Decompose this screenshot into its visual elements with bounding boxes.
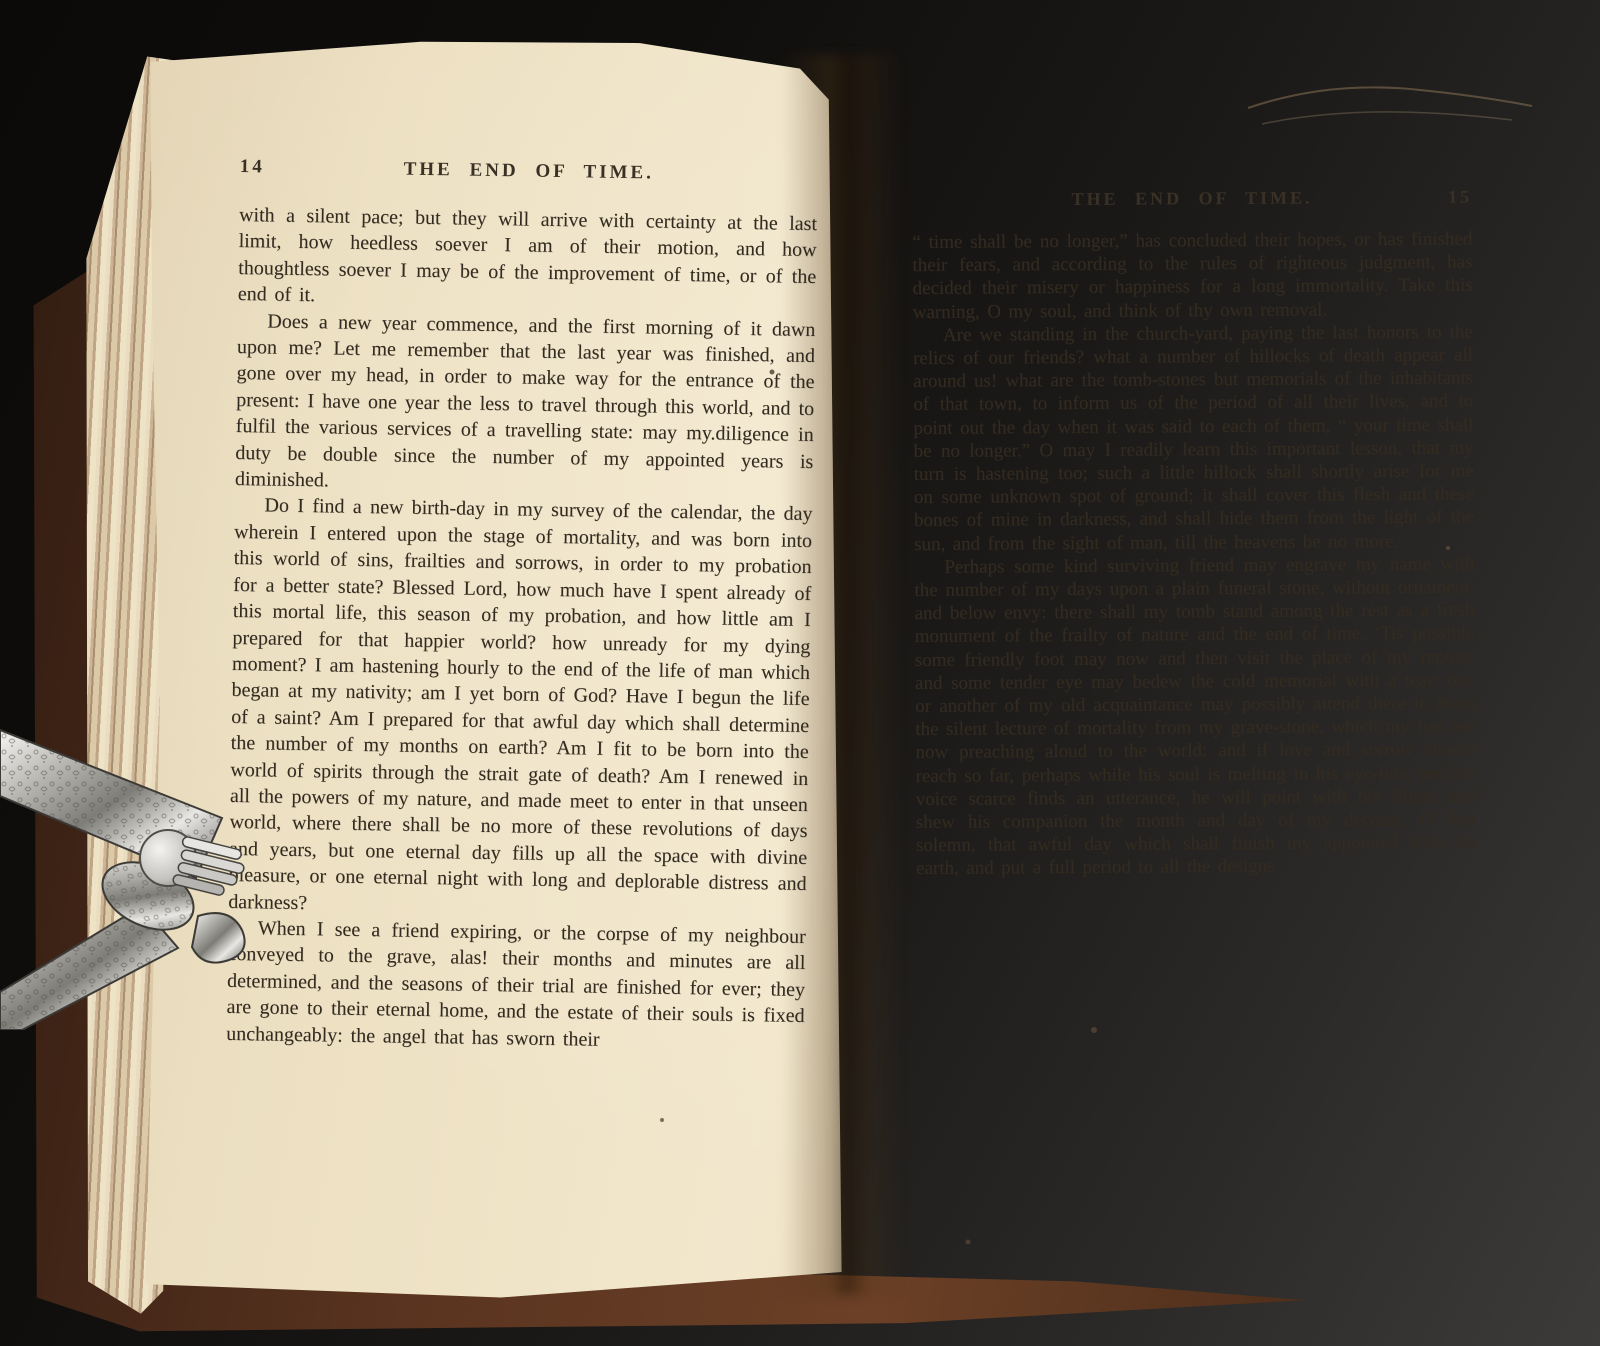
paragraph: Does a new year commence, and the first … [235, 308, 816, 502]
paragraph: “ time shall be no longer,” has conclude… [912, 228, 1473, 324]
bookmark-tab [192, 913, 245, 963]
silver-bookmark-clip [0, 700, 280, 1030]
left-page-paragraphs: with a silent pace; but they will arrive… [226, 202, 817, 1056]
right-page-header: THE END OF TIME. 15 [912, 187, 1472, 211]
running-title-right: THE END OF TIME. [968, 187, 1416, 211]
paragraph: with a silent pace; but they will arrive… [238, 202, 818, 317]
page-number-right: 15 [1416, 187, 1472, 208]
right-page-paragraphs: “ time shall be no longer,” has conclude… [912, 228, 1476, 881]
paragraph: Are we standing in the church-yard, payi… [913, 320, 1474, 555]
left-page-text: 14 THE END OF TIME. with a silent pace; … [226, 156, 818, 1056]
right-page-text: THE END OF TIME. 15 “ time shall be no l… [912, 187, 1476, 881]
page-number-left: 14 [240, 156, 296, 179]
header-spacer [762, 180, 818, 181]
paragraph: Perhaps some kind surviving friend may e… [914, 552, 1476, 880]
paragraph: Do I find a new birth-day in my survey o… [228, 492, 813, 924]
photo-background: 14 THE END OF TIME. with a silent pace; … [0, 0, 1600, 1346]
paragraph: When I see a friend expiring, or the cor… [226, 915, 806, 1056]
